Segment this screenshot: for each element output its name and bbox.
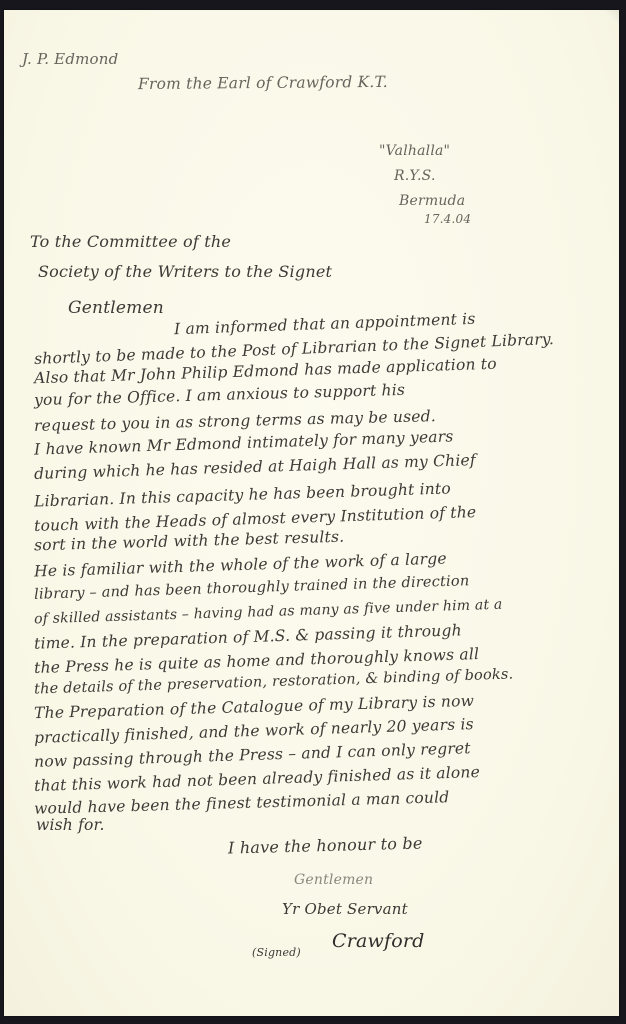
address-line2: R.Y.S. — [394, 168, 436, 184]
paper-corner — [605, 10, 619, 24]
address-place: Bermuda — [399, 193, 465, 209]
body-line: wish for. — [36, 816, 105, 834]
annotation-top-left: J. P. Edmond — [22, 50, 118, 68]
recipient-line1: To the Committee of the — [30, 232, 231, 251]
letter-page: J. P. Edmond From the Earl of Crawford K… — [4, 10, 619, 1016]
closing-line3: Yr Obet Servant — [282, 900, 408, 918]
letter-date: 17.4.04 — [424, 212, 471, 226]
letter-heading: From the Earl of Crawford K.T. — [138, 73, 388, 93]
recipient-line2: Society of the Writers to the Signet — [38, 262, 332, 281]
closing-line2: Gentlemen — [294, 872, 373, 888]
signed-label: (Signed) — [252, 946, 301, 959]
address-house: "Valhalla" — [379, 143, 450, 159]
closing-line1: I have the honour to be — [228, 833, 423, 857]
salutation: Gentlemen — [68, 298, 164, 318]
signature: Crawford — [332, 930, 425, 952]
